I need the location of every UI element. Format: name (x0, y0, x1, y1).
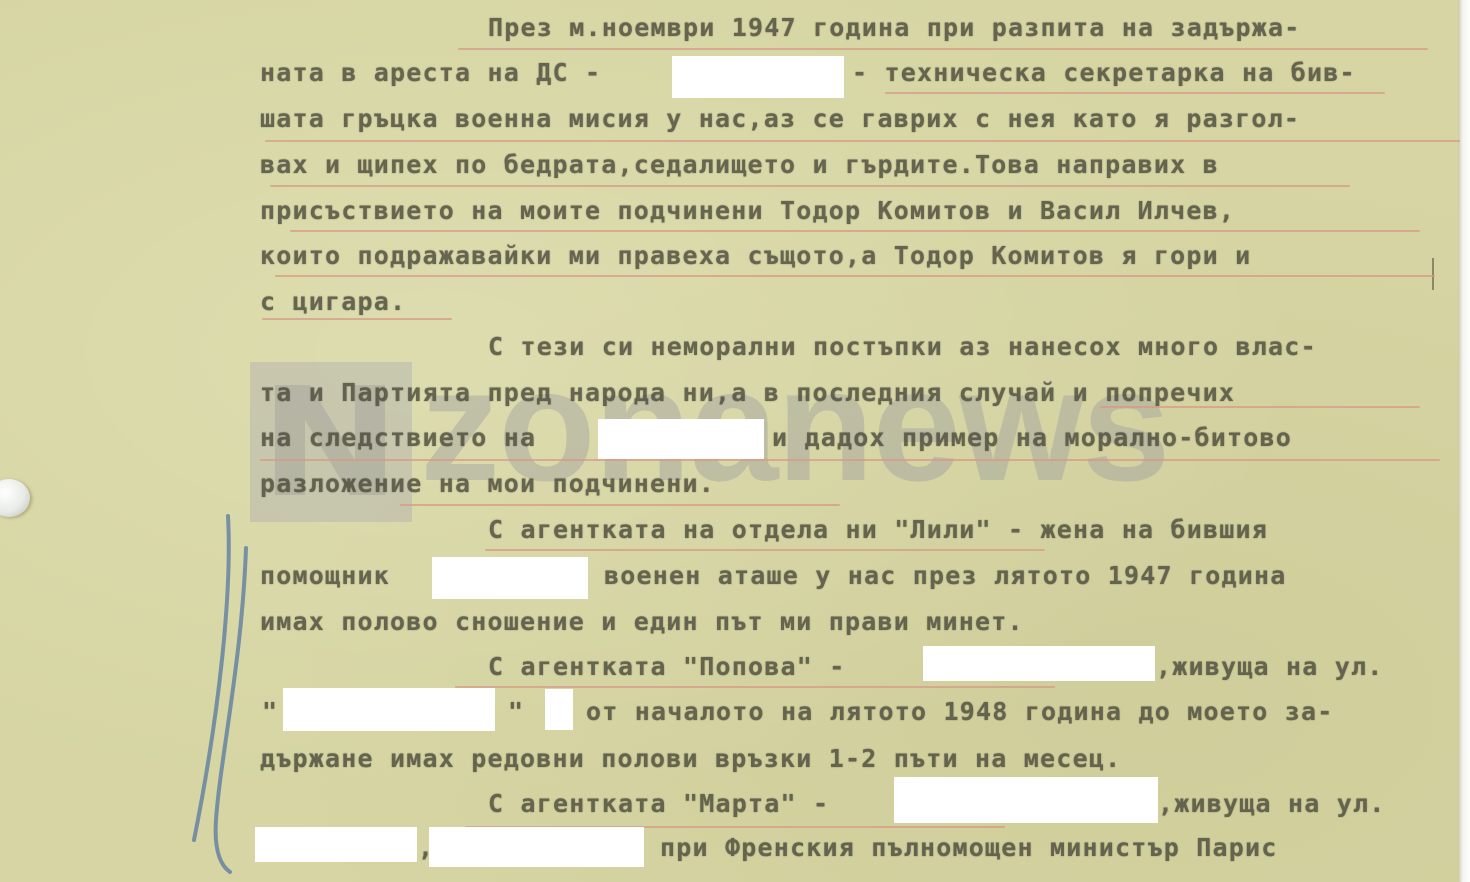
redaction-box (429, 827, 644, 867)
text-line: С агентката на отдела ни "Лили" - жена н… (488, 515, 1268, 545)
redaction-box (255, 827, 417, 862)
red-underline (455, 686, 1055, 688)
text-line: шата гръцка военна мисия у нас,аз се гав… (260, 104, 1300, 134)
redaction-box (672, 56, 844, 98)
text-line: вах и щипех по бедрата,седалището и гърд… (260, 150, 1219, 180)
red-underline (270, 185, 1350, 187)
pencil-tick (1432, 258, 1434, 290)
redaction-box (545, 689, 573, 730)
text-line: С тези си неморални постъпки аз нанесох … (488, 332, 1317, 362)
redaction-box (894, 777, 1158, 823)
red-underline (400, 504, 840, 506)
redaction-box (923, 646, 1155, 681)
text-line: ,живуща на ул. (1158, 789, 1386, 819)
text-line: от началото на лятото 1948 година до мое… (586, 697, 1334, 727)
red-underline (458, 48, 1428, 50)
text-line: С агентката "Попова" - (488, 652, 846, 682)
text-line: които подражавайки ми правеха същото,а Т… (260, 241, 1251, 271)
text-line: присъствието на моите подчинени Тодор Ко… (260, 196, 1235, 226)
text-line: и дадох пример на морално-битово (772, 423, 1292, 453)
page-edge (1458, 0, 1470, 882)
redaction-box (283, 688, 495, 731)
text-line: " (508, 697, 524, 727)
red-underline (290, 230, 1420, 232)
text-line: та и Партията пред народа ни,а в последн… (260, 378, 1235, 408)
text-line: разложение на мои подчинени. (260, 469, 715, 499)
red-underline (1100, 406, 1420, 408)
text-line: С агентката "Марта" - (488, 789, 829, 819)
text-line: ,живуща на ул. (1156, 652, 1384, 682)
red-underline (885, 92, 1385, 94)
text-line: " (262, 697, 278, 727)
blue-pencil-mark (180, 510, 260, 880)
text-line: при Френския пълномощен министър Парис (660, 833, 1278, 863)
text-line: През м.ноември 1947 година при разпита н… (488, 13, 1301, 43)
text-line: помощник (260, 561, 390, 591)
red-underline (485, 549, 1045, 551)
text-line: ната в ареста на ДС - (260, 58, 601, 88)
redaction-box (598, 419, 764, 459)
text-line: - техническа секретарка на бив- (852, 58, 1356, 88)
text-line: на следствието на (260, 423, 536, 453)
text-line: военен аташе у нас през лятото 1947 годи… (604, 561, 1287, 591)
text-line: имах полово сношение и един път ми прави… (260, 607, 1024, 637)
redaction-box (432, 557, 588, 599)
text-line: държане имах редовни полови връзки 1-2 п… (260, 744, 1121, 774)
red-underline (265, 140, 1460, 142)
red-underline (275, 275, 1435, 277)
text-line: с цигара. (260, 287, 406, 317)
red-underline (262, 318, 452, 320)
red-underline (260, 459, 1440, 461)
